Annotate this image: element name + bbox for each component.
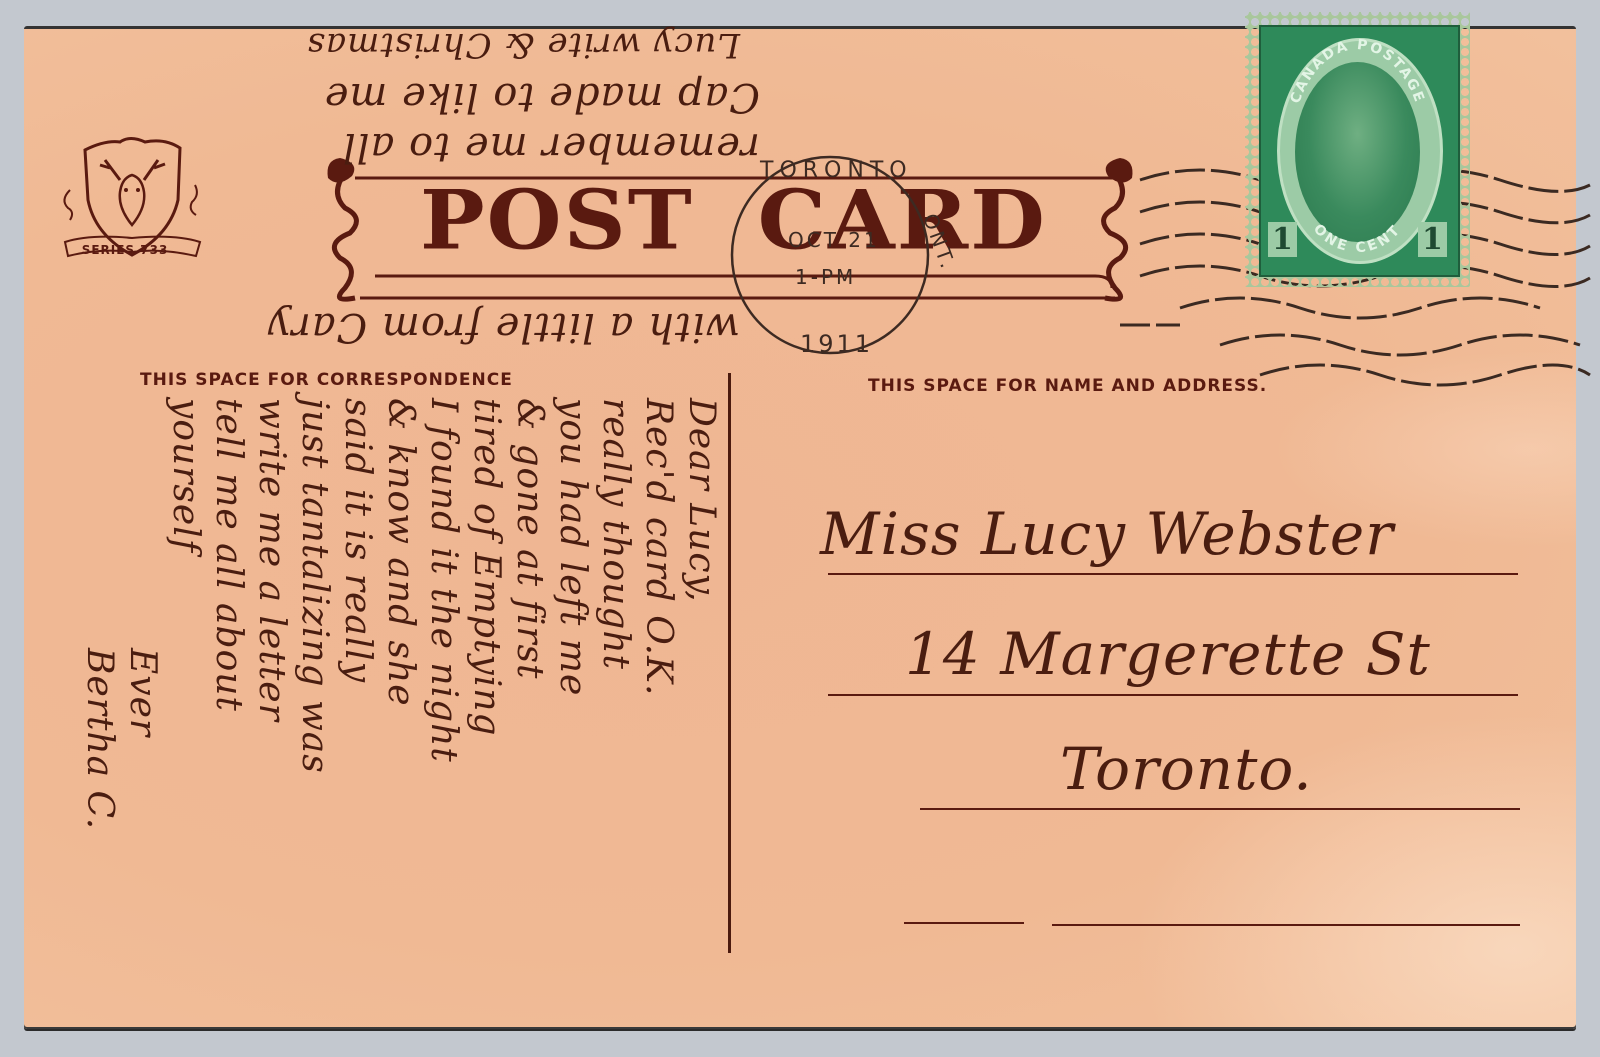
postmark-year: 1911 xyxy=(800,330,873,358)
message-column-2: Rec'd card O.K. xyxy=(638,398,679,696)
stamp-numeral-left: 1 xyxy=(1268,222,1297,257)
svg-text:ONE CENT: ONE CENT xyxy=(1310,221,1405,256)
address-rule-2 xyxy=(828,694,1518,696)
message-column-12: tell me all about xyxy=(208,398,249,712)
title-word-post: POST xyxy=(420,173,694,269)
message-column-9: said it is really xyxy=(337,398,378,683)
address-rule-1 xyxy=(828,573,1518,575)
address-rule-4 xyxy=(904,922,1024,924)
svg-text:CANADA POSTAGE: CANADA POSTAGE xyxy=(1287,37,1427,106)
message-column-6: tired of Emptying xyxy=(466,398,507,736)
address-line-1: Miss Lucy Webster xyxy=(820,500,1394,568)
series-label: SERIES 733 xyxy=(60,243,190,257)
address-line-2: 14 Margerette St xyxy=(905,620,1431,688)
message-column-7: I found it the night xyxy=(423,398,464,763)
message-column-14: Ever xyxy=(122,648,163,737)
divider-line xyxy=(728,373,731,953)
message-column-11: write me a letter xyxy=(251,398,292,722)
message-column-15: Bertha C. xyxy=(79,648,120,830)
correspondence-label: THIS SPACE FOR CORRESPONDENCE xyxy=(140,370,513,390)
message-column-8: & know and she xyxy=(380,398,421,707)
postmark-time: 1-PM xyxy=(795,265,856,289)
postmark-date: OCT 21 xyxy=(788,228,880,252)
message-column-10: just tantalizing was xyxy=(294,398,335,774)
message-column-3: really thought xyxy=(595,398,636,670)
address-rule-5 xyxy=(1052,924,1520,926)
address-line-3: Toronto. xyxy=(1060,735,1313,803)
address-rule-3 xyxy=(920,808,1520,810)
message-inverted-line: with a little from Cary xyxy=(267,304,740,350)
message-column-4: you had left me xyxy=(552,398,593,696)
postmark-city: TORONTO xyxy=(760,158,913,183)
message-top-line-3: remember me to all xyxy=(342,124,760,170)
message-column-5: & gone at first xyxy=(509,398,550,680)
stamp-numeral-right: 1 xyxy=(1418,222,1447,257)
message-top-line-2: Cap made to like me xyxy=(324,74,760,120)
message-column-13: yourself xyxy=(165,398,206,553)
message-top-line-1: Lucy write & Christmas xyxy=(306,25,740,65)
message-column-1: Dear Lucy, xyxy=(681,398,722,603)
